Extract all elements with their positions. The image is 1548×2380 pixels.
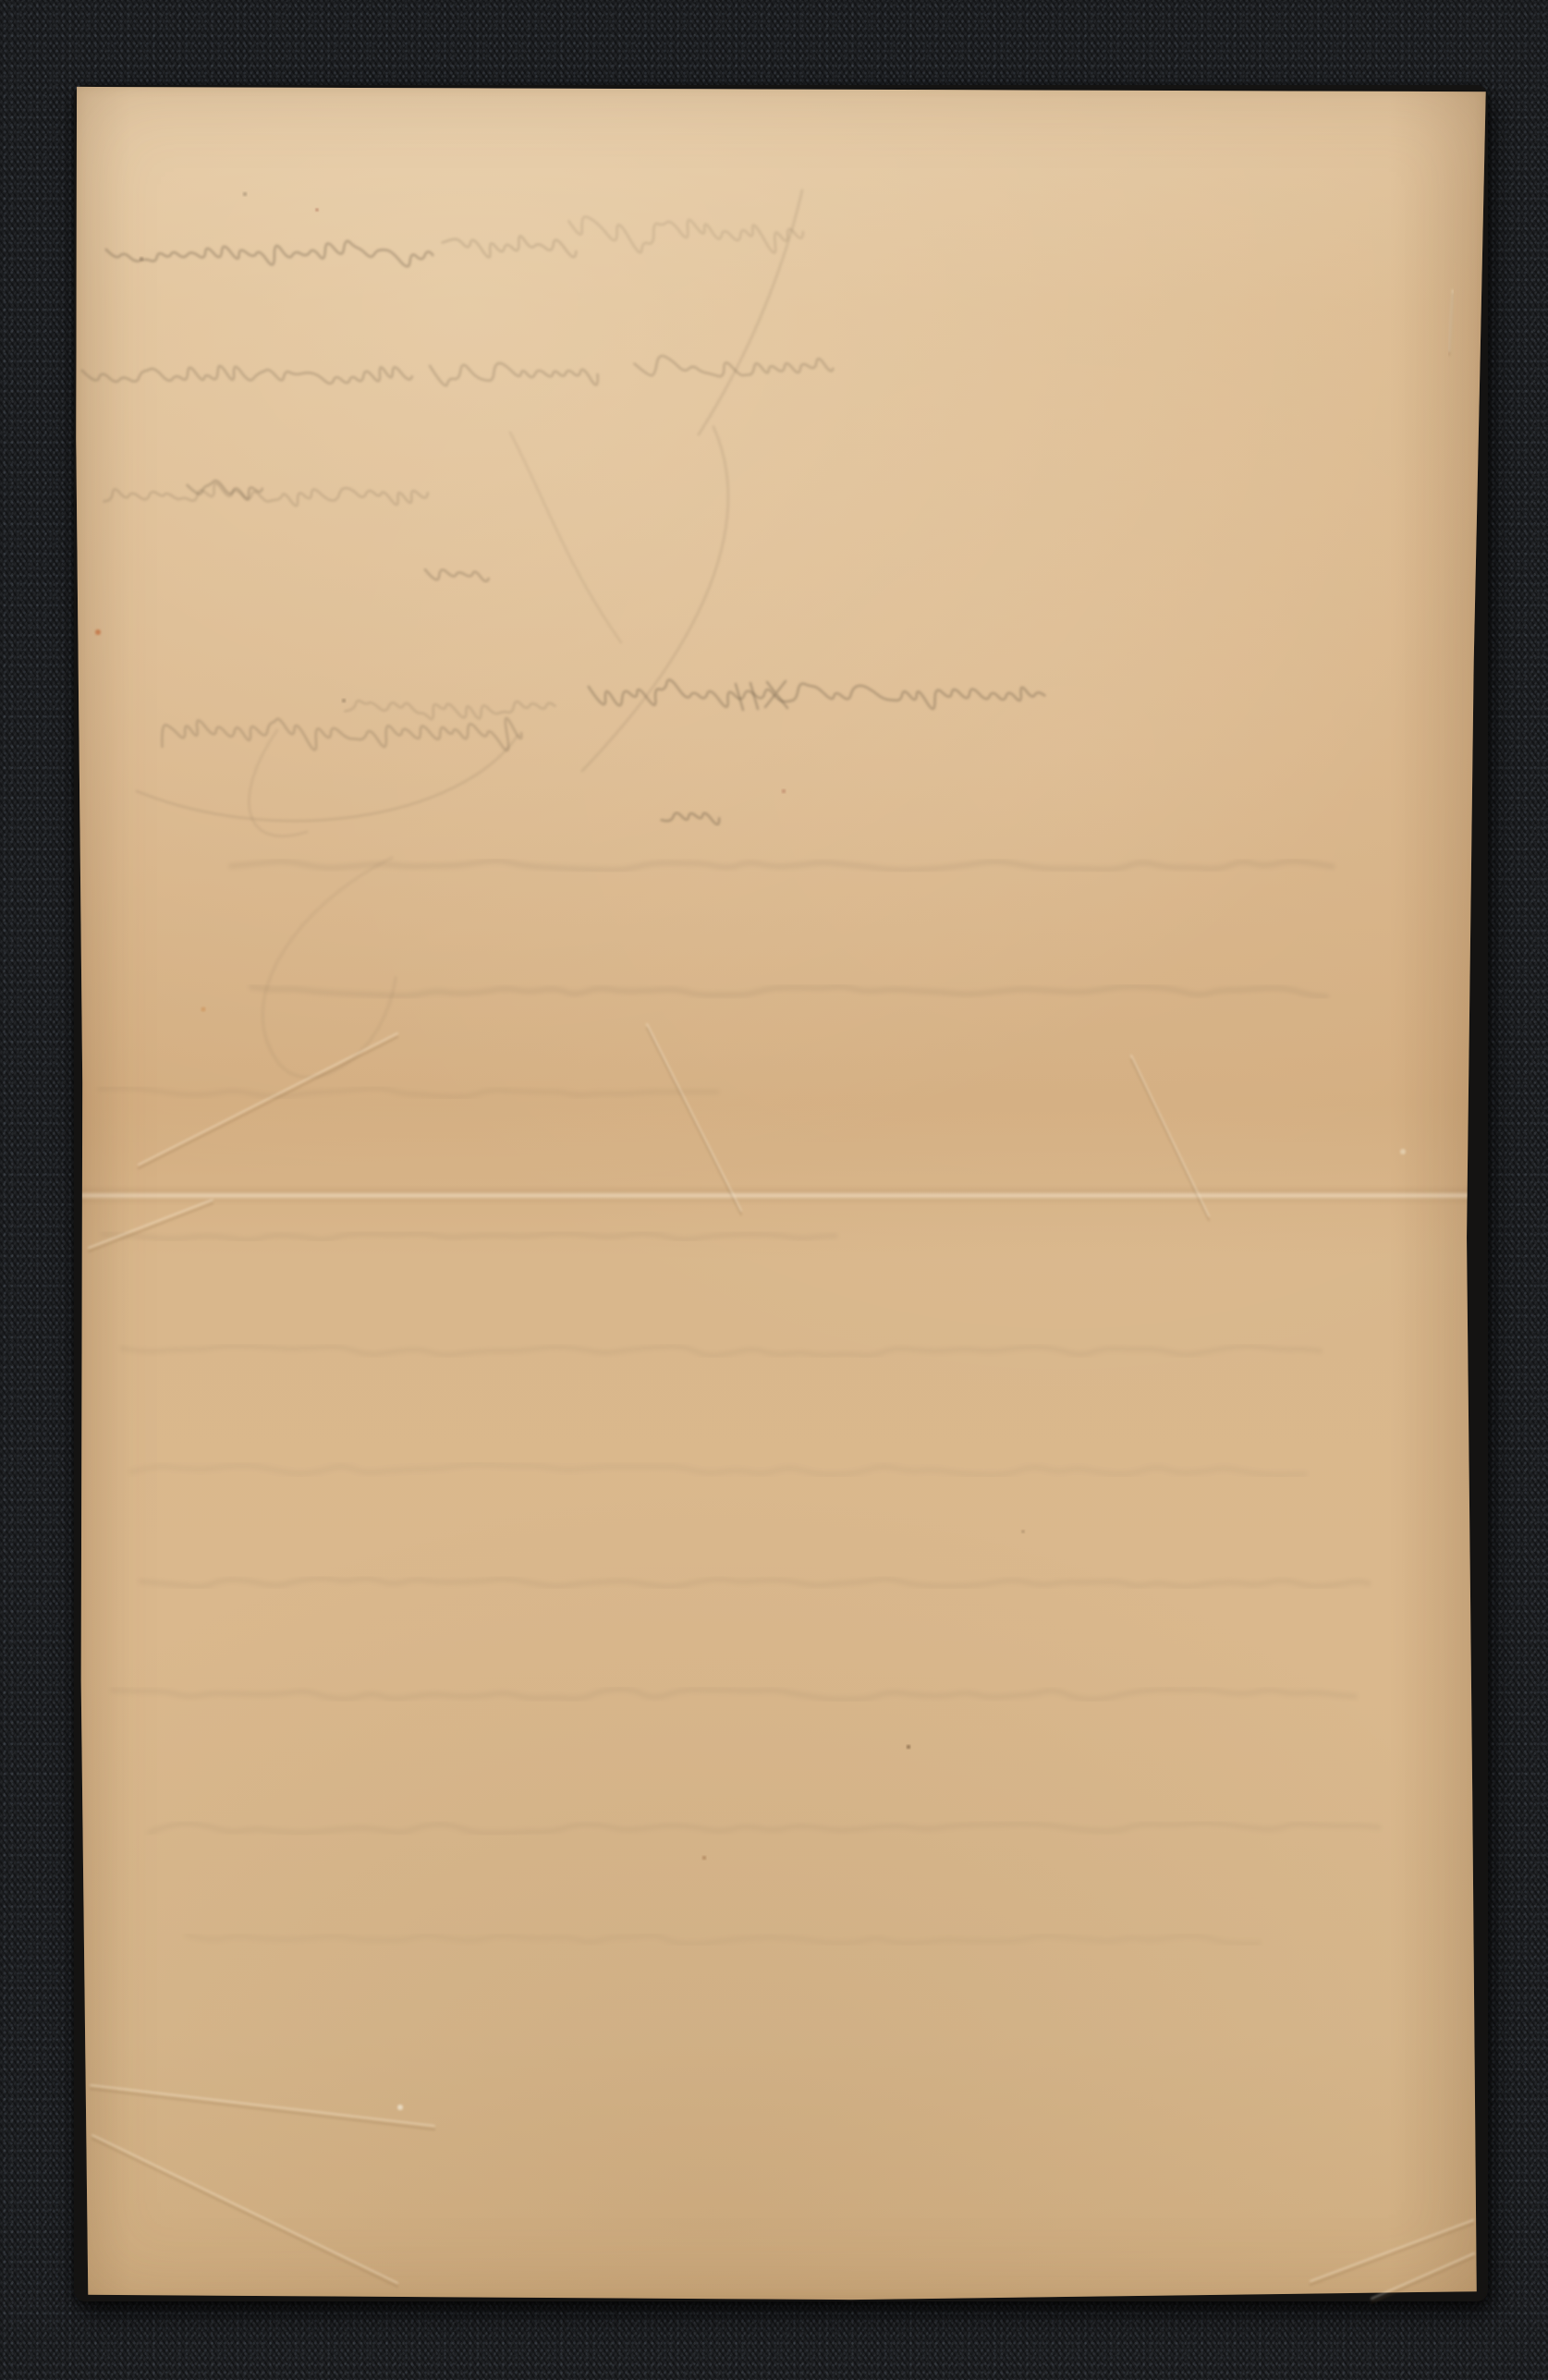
ink-flourish <box>582 427 728 771</box>
ink-script-line <box>106 241 433 266</box>
ink-script-line <box>425 569 489 581</box>
paper-mark <box>243 192 247 196</box>
paper-mark <box>140 257 143 261</box>
paper-mark <box>95 629 101 635</box>
paper-crease-highlight <box>647 1024 741 1211</box>
paper-crease-shadow <box>1310 2224 1473 2285</box>
paper-crease-shadow <box>91 2089 434 2130</box>
paper-mark <box>782 789 786 793</box>
ink-ghost-line <box>104 1233 835 1239</box>
ink-script-line <box>443 236 577 257</box>
paper-crease-shadow <box>89 1203 213 1251</box>
ink-script-line <box>82 366 412 384</box>
ink-ghost-line <box>231 860 1333 870</box>
ink-ghost-line <box>187 1935 1259 1944</box>
ink-flourish <box>510 433 621 642</box>
paper-mark <box>1022 1531 1025 1533</box>
paper-crease-highlight <box>1310 2220 1473 2281</box>
paper-mark <box>201 1007 206 1012</box>
ink-flourish <box>137 736 518 821</box>
ink-ghost-line <box>113 1690 1355 1700</box>
ink-script-line <box>589 680 1044 709</box>
ink-ghost-line <box>100 1088 716 1096</box>
ink-ghost-line <box>122 1346 1321 1355</box>
ink-showthrough-layer <box>0 0 1548 2380</box>
paper-crease-highlight <box>1371 2253 1474 2299</box>
paper-crease-shadow <box>1371 2257 1474 2302</box>
paper-crease-shadow <box>139 1037 397 1168</box>
ink-ghost-line <box>140 1579 1368 1587</box>
paper-crease-highlight <box>89 1200 213 1248</box>
paper-crease-highlight <box>91 2085 434 2126</box>
ink-script-line <box>430 363 598 385</box>
paper-crease-shadow <box>1131 1059 1209 1220</box>
paper-mark <box>907 1745 910 1749</box>
ink-flourish <box>699 190 802 434</box>
paper-mark <box>316 209 319 212</box>
ink-script-line <box>162 718 521 751</box>
paper-crease-shadow <box>647 1028 741 1214</box>
ink-ghost-line <box>251 986 1326 996</box>
ink-script-line <box>104 483 428 506</box>
archival-scan <box>0 0 1548 2380</box>
paper-mark <box>342 699 346 702</box>
ink-script-line <box>346 701 555 719</box>
ink-ghost-line <box>131 1464 1304 1474</box>
paper-crease-shadow <box>92 2139 397 2287</box>
paper-crease-highlight <box>139 1033 397 1165</box>
paper-mark <box>397 2105 403 2110</box>
ink-ghost-line <box>150 1824 1378 1834</box>
paper-crease-highlight <box>1131 1056 1209 1216</box>
paper-mark <box>1400 1149 1406 1154</box>
ink-script-line <box>569 217 803 253</box>
paper-crease-highlight <box>92 2135 397 2283</box>
paper-crease-shadow <box>1449 294 1453 355</box>
ink-script-line <box>662 813 719 824</box>
paper-mark <box>702 1856 706 1860</box>
